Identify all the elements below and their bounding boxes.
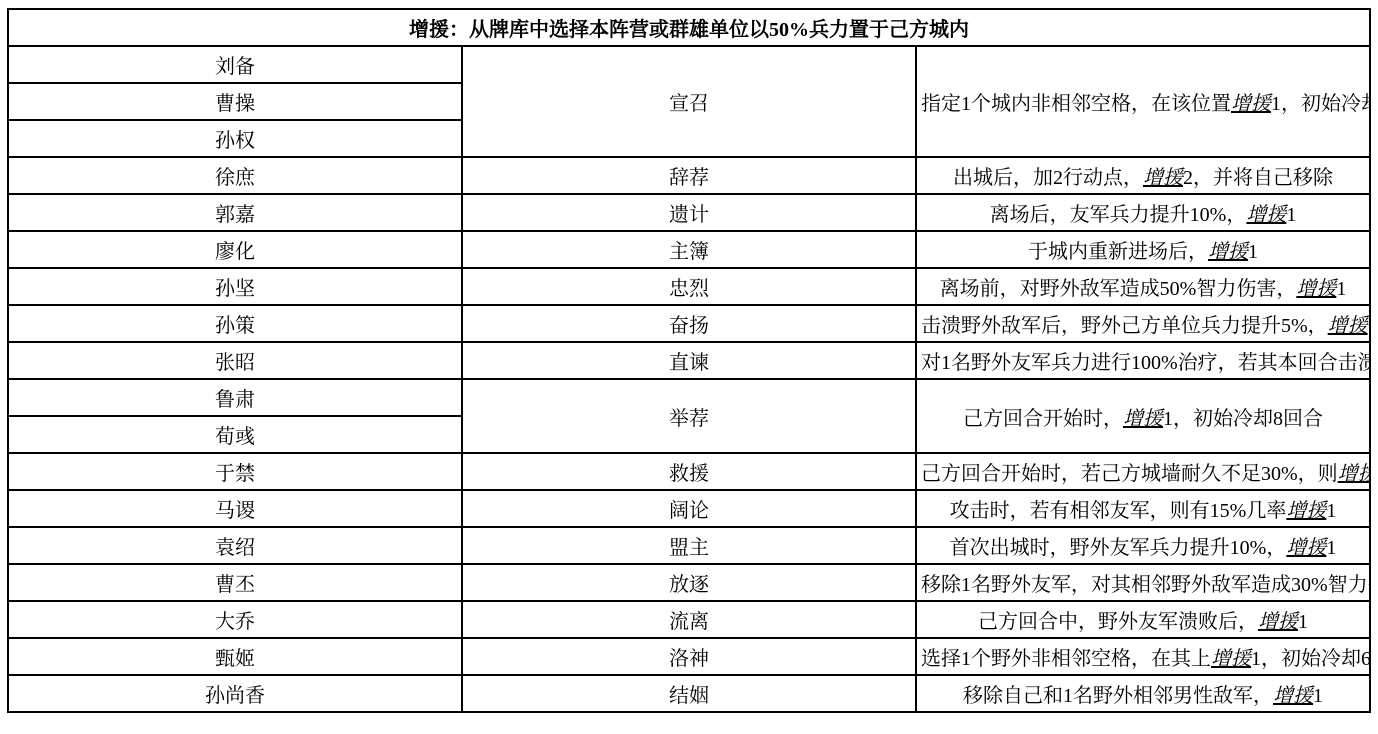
table-row: 鲁肃 举荐 己方回合开始时，增援1，初始冷却8回合 [8, 379, 1370, 416]
desc-text: 己方回合开始时，若己方城墙耐久不足30%，则 [921, 463, 1338, 485]
table-row: 甄姬 洛神 选择1个野外非相邻空格，在其上增援1，初始冷却6回合 [8, 638, 1370, 675]
unit-name-cell: 马谡 [8, 490, 462, 527]
unit-name-cell: 曹丕 [8, 564, 462, 601]
desc-text: 离场前，对野外敌军造成50%智力伤害， [940, 278, 1297, 300]
desc-text: 1 [1368, 315, 1370, 337]
skill-name-cell: 直谏 [462, 342, 916, 379]
table-row: 大乔 流离 己方回合中，野外友军溃败后，增援1 [8, 601, 1370, 638]
table-row: 袁绍 盟主 首次出城时，野外友军兵力提升10%，增援1 [8, 527, 1370, 564]
reinforce-keyword: 增援 [1296, 278, 1336, 300]
unit-name-cell: 甄姬 [8, 638, 462, 675]
skill-desc-cell: 己方回合开始时，若己方城墙耐久不足30%，则增援1 [916, 453, 1370, 490]
table-row: 于禁 救援 己方回合开始时，若己方城墙耐久不足30%，则增援1 [8, 453, 1370, 490]
skill-desc-cell: 于城内重新进场后，增援1 [916, 231, 1370, 268]
unit-name-cell: 曹操 [8, 83, 462, 120]
unit-name-cell: 廖化 [8, 231, 462, 268]
desc-text: 离场后，友军兵力提升10%， [990, 204, 1247, 226]
skill-name-cell: 结姻 [462, 675, 916, 712]
desc-text: 出城后，加2行动点， [953, 167, 1143, 189]
skill-desc-cell: 攻击时，若有相邻友军，则有15%几率增援1 [916, 490, 1370, 527]
skill-desc-cell: 己方回合中，野外友军溃败后，增援1 [916, 601, 1370, 638]
unit-name-cell: 张昭 [8, 342, 462, 379]
skill-name-cell: 流离 [462, 601, 916, 638]
skill-name-cell: 盟主 [462, 527, 916, 564]
desc-text: 1 [1286, 204, 1296, 226]
reinforce-keyword: 增援 [1258, 611, 1298, 633]
skill-desc-cell: 离场前，对野外敌军造成50%智力伤害，增援1 [916, 268, 1370, 305]
reinforce-keyword: 增援 [1273, 685, 1313, 707]
skill-name-cell: 举荐 [462, 379, 916, 453]
unit-name-cell: 荀彧 [8, 416, 462, 453]
unit-name-cell: 孙权 [8, 120, 462, 157]
table-header-row: 增援：从牌库中选择本阵营或群雄单位以50%兵力置于己方城内 [8, 9, 1370, 46]
unit-name-cell: 孙策 [8, 305, 462, 342]
skill-name-cell: 忠烈 [462, 268, 916, 305]
reinforce-keyword: 增援 [1286, 500, 1326, 522]
desc-text: 己方回合中，野外友军溃败后， [978, 611, 1258, 633]
skill-desc-cell: 对1名野外友军兵力进行100%治疗，若其本回合击溃敌军，增援1，冷却4回合 [916, 342, 1370, 379]
desc-text: 移除1名野外友军，对其相邻野外敌军造成30%智力伤害， [921, 574, 1370, 596]
desc-text: 己方回合开始时， [963, 408, 1123, 430]
unit-name-cell: 刘备 [8, 46, 462, 83]
desc-text: 2，并将自己移除 [1183, 167, 1333, 189]
skill-name-cell: 奋扬 [462, 305, 916, 342]
unit-name-cell: 孙坚 [8, 268, 462, 305]
skill-name-cell: 主簿 [462, 231, 916, 268]
skill-name-cell: 遗计 [462, 194, 916, 231]
table-row: 张昭 直谏 对1名野外友军兵力进行100%治疗，若其本回合击溃敌军，增援1，冷却… [8, 342, 1370, 379]
skill-desc-cell: 击溃野外敌军后，野外己方单位兵力提升5%，增援1 [916, 305, 1370, 342]
table-row: 孙坚 忠烈 离场前，对野外敌军造成50%智力伤害，增援1 [8, 268, 1370, 305]
reinforce-keyword: 增援 [1143, 167, 1183, 189]
table-row: 马谡 阔论 攻击时，若有相邻友军，则有15%几率增援1 [8, 490, 1370, 527]
skill-name-cell: 放逐 [462, 564, 916, 601]
desc-text: 指定1个城内非相邻空格，在该位置 [921, 93, 1231, 115]
reinforce-keyword: 增援 [1286, 537, 1326, 559]
skill-desc-cell: 移除1名野外友军，对其相邻野外敌军造成30%智力伤害，增援1，冷却4回合 [916, 564, 1370, 601]
desc-text: 对1名野外友军兵力进行100%治疗，若其本回合击溃敌军， [921, 352, 1370, 374]
desc-text: 1 [1336, 278, 1346, 300]
unit-name-cell: 徐庶 [8, 157, 462, 194]
table-title: 增援：从牌库中选择本阵营或群雄单位以50%兵力置于己方城内 [8, 9, 1370, 46]
desc-text: 攻击时，若有相邻友军，则有15%几率 [950, 500, 1287, 522]
desc-text: 1 [1248, 241, 1258, 263]
desc-text: 1 [1326, 500, 1336, 522]
desc-text: 1 [1298, 611, 1308, 633]
desc-text: 选择1个野外非相邻空格，在其上 [921, 648, 1211, 670]
table-row: 徐庶 辞荐 出城后，加2行动点，增援2，并将自己移除 [8, 157, 1370, 194]
desc-text: 1，初始冷却6回合 [1251, 648, 1370, 670]
desc-text: 击溃野外敌军后，野外己方单位兵力提升5%， [921, 315, 1328, 337]
reinforce-keyword: 增援 [1338, 463, 1370, 485]
skill-desc-cell: 移除自己和1名野外相邻男性敌军，增援1 [916, 675, 1370, 712]
skill-name-cell: 救援 [462, 453, 916, 490]
table-row: 曹丕 放逐 移除1名野外友军，对其相邻野外敌军造成30%智力伤害，增援1，冷却4… [8, 564, 1370, 601]
desc-text: 首次出城时，野外友军兵力提升10%， [950, 537, 1287, 559]
table-row: 孙尚香 结姻 移除自己和1名野外相邻男性敌军，增援1 [8, 675, 1370, 712]
reinforce-keyword: 增援 [1328, 315, 1368, 337]
unit-name-cell: 于禁 [8, 453, 462, 490]
reinforce-keyword: 增援 [1231, 93, 1271, 115]
desc-text: 于城内重新进场后， [1028, 241, 1208, 263]
unit-name-cell: 鲁肃 [8, 379, 462, 416]
skill-desc-cell: 首次出城时，野外友军兵力提升10%，增援1 [916, 527, 1370, 564]
reinforce-keyword: 增援 [1211, 648, 1251, 670]
desc-text: 1 [1313, 685, 1323, 707]
unit-name-cell: 郭嘉 [8, 194, 462, 231]
skill-desc-cell: 己方回合开始时，增援1，初始冷却8回合 [916, 379, 1370, 453]
desc-text: 1，初始冷却8回合 [1163, 408, 1323, 430]
reinforce-keyword: 增援 [1246, 204, 1286, 226]
desc-text: 1，初始冷却6回合 [1271, 93, 1370, 115]
desc-text: 移除自己和1名野外相邻男性敌军， [963, 685, 1273, 707]
table-row: 刘备 宣召 指定1个城内非相邻空格，在该位置增援1，初始冷却6回合 [8, 46, 1370, 83]
reinforce-keyword: 增援 [1208, 241, 1248, 263]
unit-name-cell: 大乔 [8, 601, 462, 638]
skill-desc-cell: 指定1个城内非相邻空格，在该位置增援1，初始冷却6回合 [916, 46, 1370, 157]
skill-desc-cell: 出城后，加2行动点，增援2，并将自己移除 [916, 157, 1370, 194]
skill-name-cell: 宣召 [462, 46, 916, 157]
skill-desc-cell: 选择1个野外非相邻空格，在其上增援1，初始冷却6回合 [916, 638, 1370, 675]
skill-name-cell: 辞荐 [462, 157, 916, 194]
table-row: 郭嘉 遗计 离场后，友军兵力提升10%，增援1 [8, 194, 1370, 231]
table-row: 廖化 主簿 于城内重新进场后，增援1 [8, 231, 1370, 268]
desc-text: 1 [1326, 537, 1336, 559]
reinforce-keyword: 增援 [1123, 408, 1163, 430]
unit-name-cell: 孙尚香 [8, 675, 462, 712]
skill-desc-cell: 离场后，友军兵力提升10%，增援1 [916, 194, 1370, 231]
skill-name-cell: 阔论 [462, 490, 916, 527]
table-row: 孙策 奋扬 击溃野外敌军后，野外己方单位兵力提升5%，增援1 [8, 305, 1370, 342]
unit-name-cell: 袁绍 [8, 527, 462, 564]
reinforcement-skill-table: 增援：从牌库中选择本阵营或群雄单位以50%兵力置于己方城内 刘备 宣召 指定1个… [7, 8, 1371, 713]
skill-name-cell: 洛神 [462, 638, 916, 675]
